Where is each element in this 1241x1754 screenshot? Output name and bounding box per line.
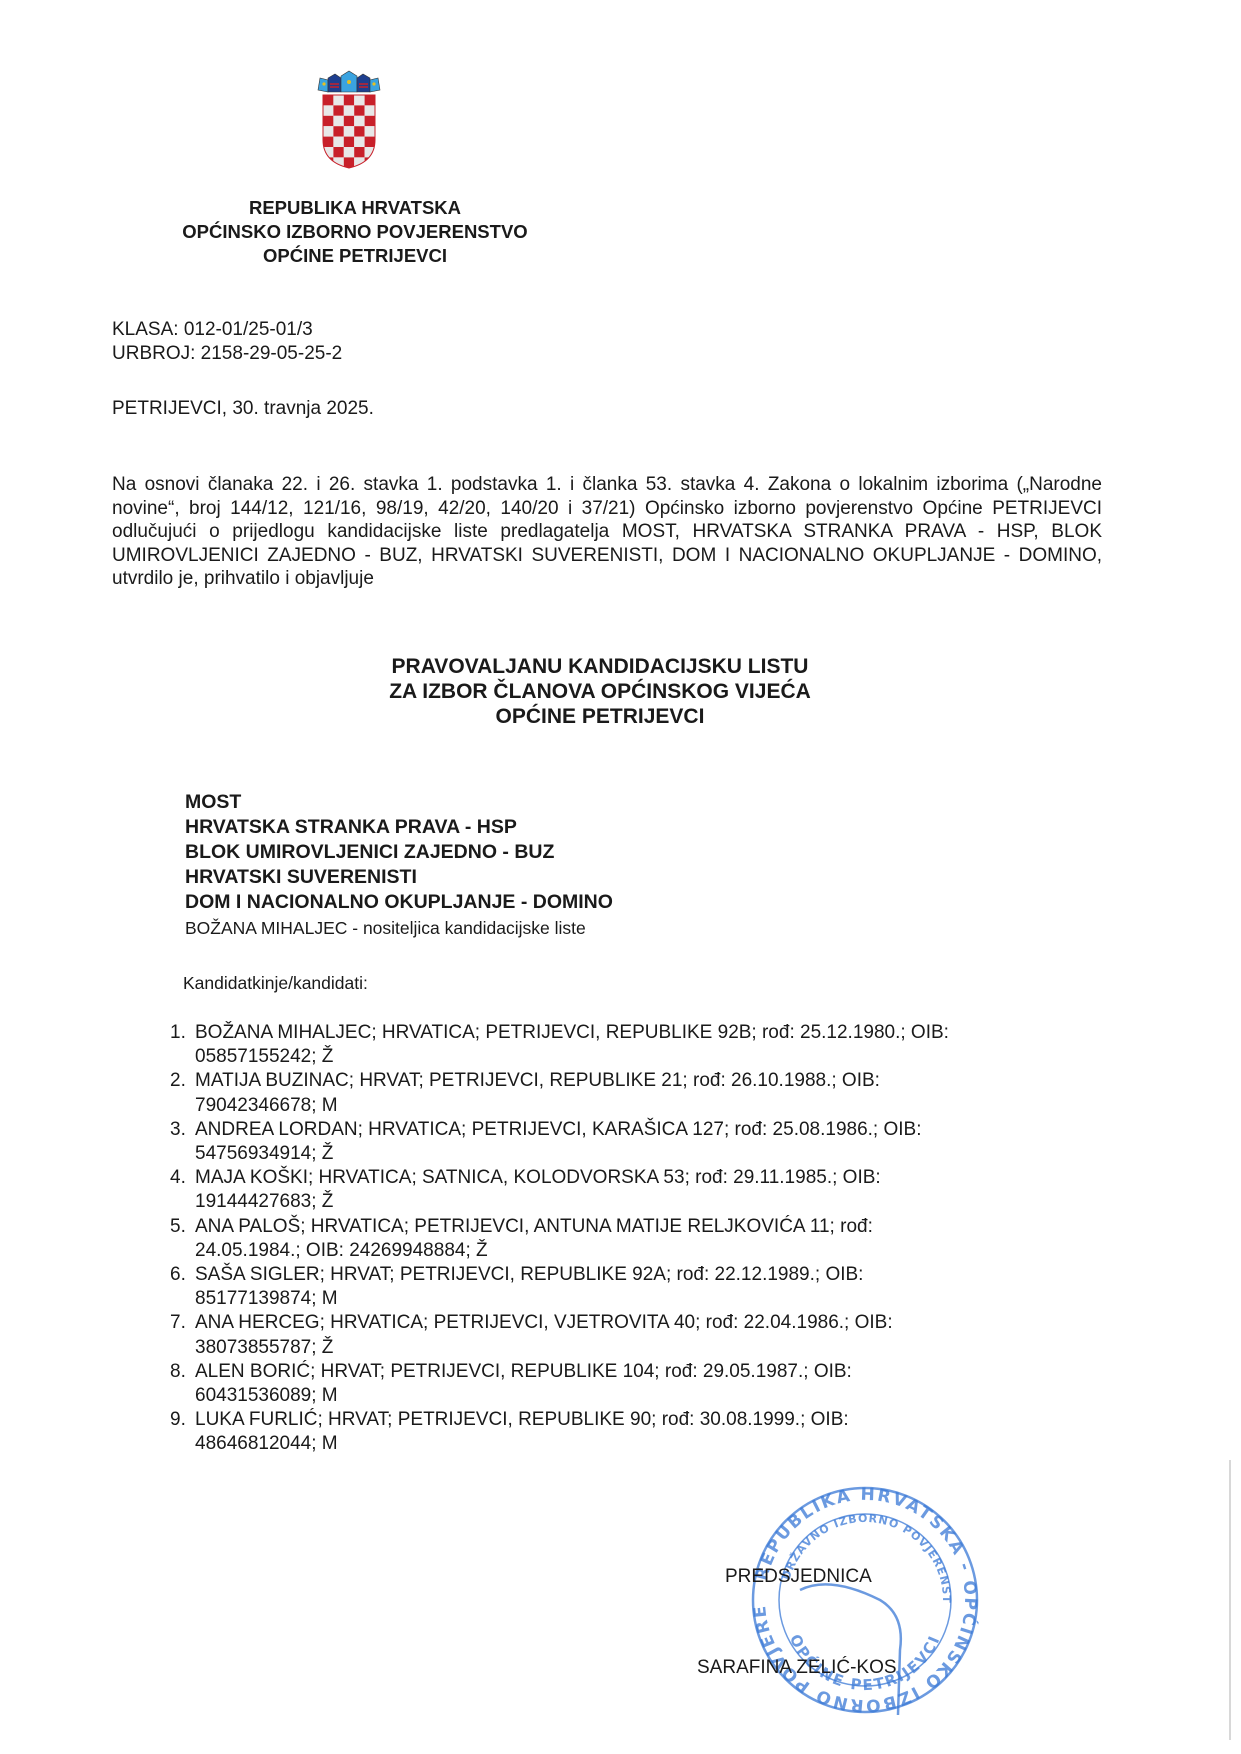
candidates-list: 1.BOŽANA MIHALJEC; HRVATICA; PETRIJEVCI,…: [170, 1021, 1130, 1457]
header-republic: REPUBLIKA HRVATSKA: [120, 196, 590, 220]
title-line-1: PRAVOVALJANU KANDIDACIJSKU LISTU: [300, 654, 900, 679]
official-stamp-icon: REPUBLIKA HRVATSKA - OPĆINSKO IZBORNO PO…: [740, 1480, 990, 1720]
header-municipality: OPĆINE PETRIJEVCI: [120, 244, 590, 268]
signatory-name: SARAFINA ZELIĆ-KOS: [697, 1657, 897, 1679]
list-carrier: BOŽANA MIHALJEC - nositeljica kandidacij…: [185, 918, 586, 939]
title-line-3: OPĆINE PETRIJEVCI: [300, 704, 900, 729]
candidate-item: 5.ANA PALOŠ; HRVATICA; PETRIJEVCI, ANTUN…: [170, 1215, 1130, 1263]
candidate-item: 4.MAJA KOŠKI; HRVATICA; SATNICA, KOLODVO…: [170, 1166, 1130, 1214]
candidate-item: 1.BOŽANA MIHALJEC; HRVATICA; PETRIJEVCI,…: [170, 1021, 1130, 1069]
reference-numbers: KLASA: 012-01/25-01/3 URBROJ: 2158-29-05…: [112, 318, 342, 366]
signatory-role: PREDSJEDNICA: [725, 1566, 872, 1588]
party-name: BLOK UMIROVLJENICI ZAJEDNO - BUZ: [185, 840, 613, 865]
issuer-header: REPUBLIKA HRVATSKA OPĆINSKO IZBORNO POVJ…: [120, 196, 590, 268]
urbroj: URBROJ: 2158-29-05-25-2: [112, 342, 342, 366]
candidate-item: 9.LUKA FURLIĆ; HRVAT; PETRIJEVCI, REPUBL…: [170, 1408, 1130, 1456]
scan-edge-divider: [1229, 1460, 1231, 1740]
proposing-parties: MOST HRVATSKA STRANKA PRAVA - HSP BLOK U…: [185, 790, 613, 915]
candidate-item: 2.MATIJA BUZINAC; HRVAT; PETRIJEVCI, REP…: [170, 1069, 1130, 1117]
candidate-item: 8.ALEN BORIĆ; HRVAT; PETRIJEVCI, REPUBLI…: [170, 1360, 1130, 1408]
croatian-coat-of-arms-icon: [314, 70, 384, 170]
candidate-item: 3.ANDREA LORDAN; HRVATICA; PETRIJEVCI, K…: [170, 1118, 1130, 1166]
party-name: HRVATSKI SUVERENISTI: [185, 865, 613, 890]
party-name: MOST: [185, 790, 613, 815]
party-name: HRVATSKA STRANKA PRAVA - HSP: [185, 815, 613, 840]
klasa: KLASA: 012-01/25-01/3: [112, 318, 342, 342]
party-name: DOM I NACIONALNO OKUPLJANJE - DOMINO: [185, 890, 613, 915]
header-commission: OPĆINSKO IZBORNO POVJERENSTVO: [120, 220, 590, 244]
title-line-2: ZA IZBOR ČLANOVA OPĆINSKOG VIJEĆA: [300, 679, 900, 704]
place-date: PETRIJEVCI, 30. travnja 2025.: [112, 398, 374, 420]
candidate-item: 7.ANA HERCEG; HRVATICA; PETRIJEVCI, VJET…: [170, 1311, 1130, 1359]
document-title: PRAVOVALJANU KANDIDACIJSKU LISTU ZA IZBO…: [300, 654, 900, 729]
candidate-item: 6.SAŠA SIGLER; HRVAT; PETRIJEVCI, REPUBL…: [170, 1263, 1130, 1311]
legal-basis-paragraph: Na osnovi članaka 22. i 26. stavka 1. po…: [112, 473, 1102, 591]
candidates-label: Kandidatkinje/kandidati:: [183, 973, 368, 994]
